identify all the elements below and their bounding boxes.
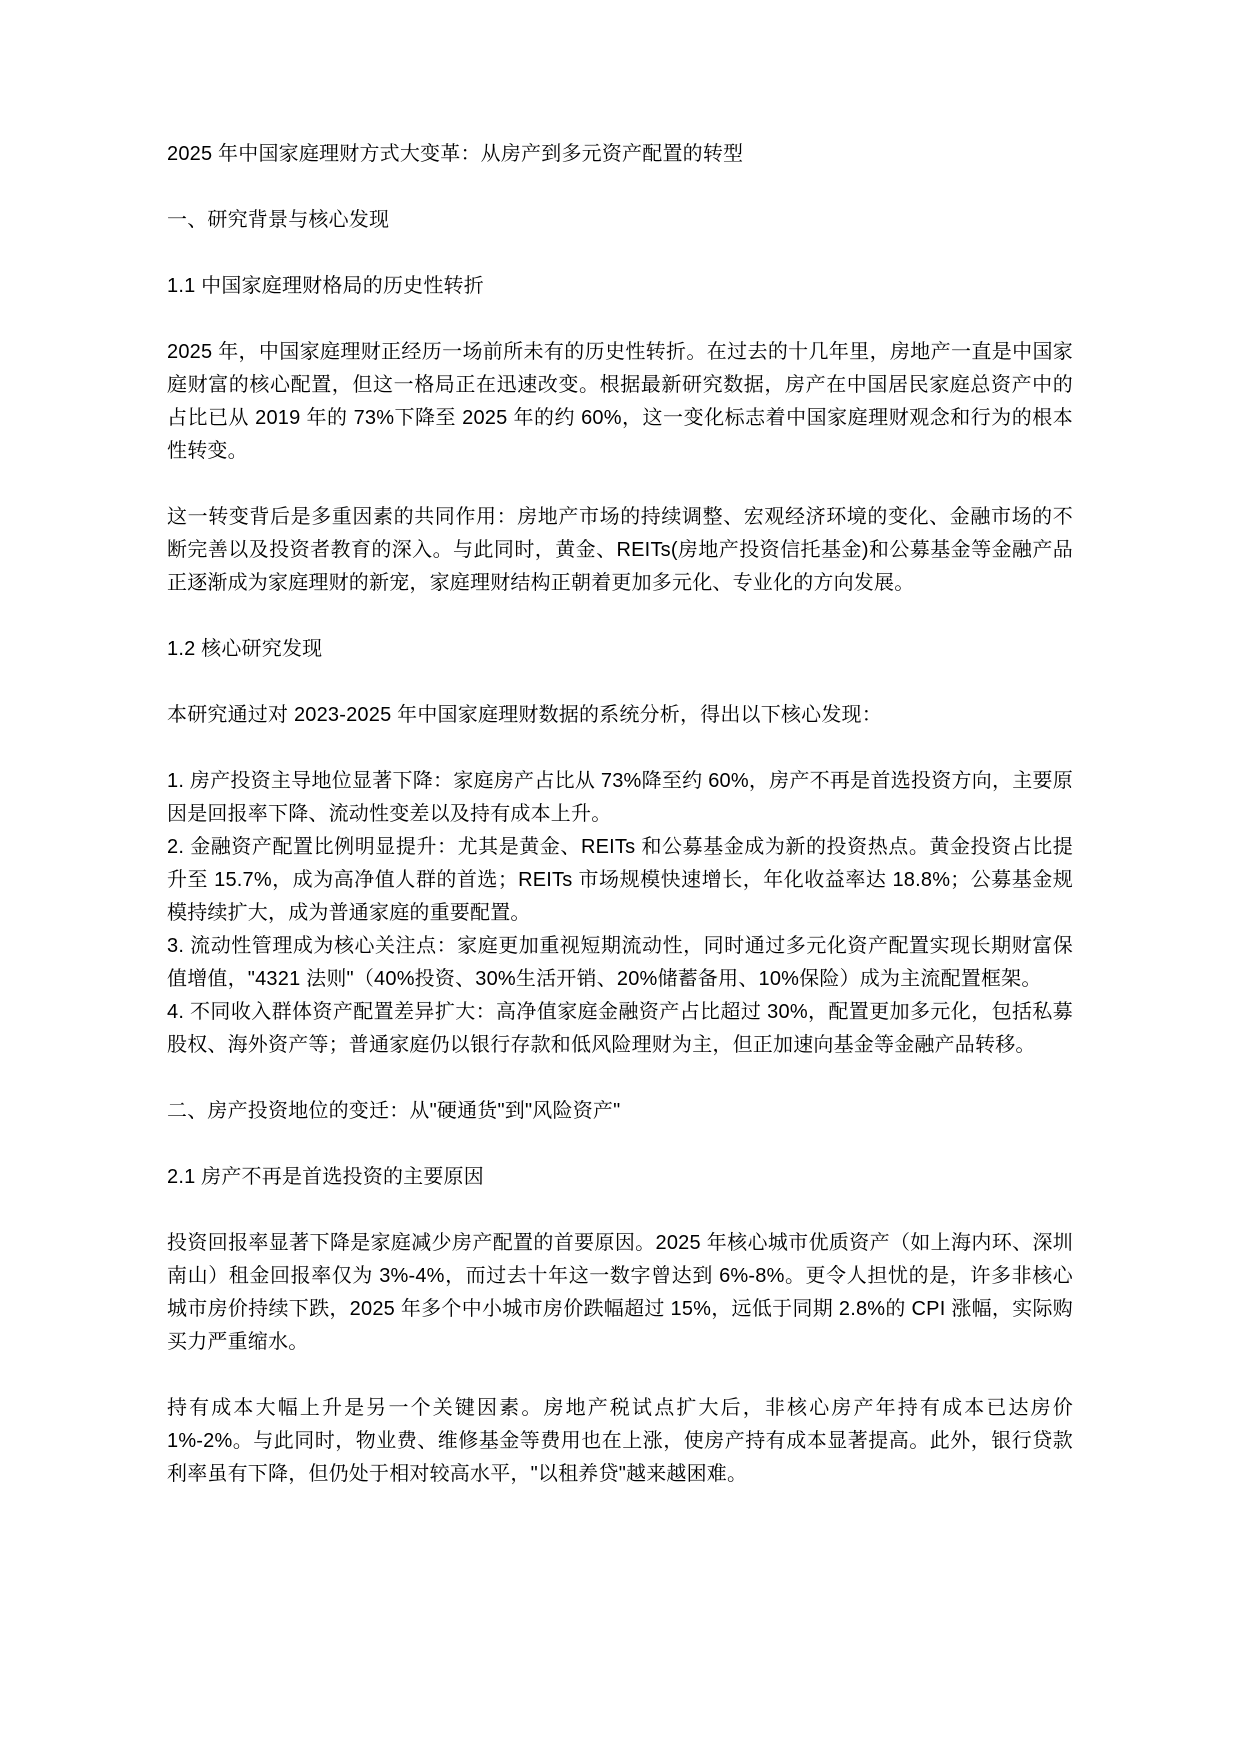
heading-subsection-2-1: 2.1 房产不再是首选投资的主要原因 — [167, 1161, 1073, 1194]
document-page: 2025 年中国家庭理财方式大变革：从房产到多元资产配置的转型 一、研究背景与核… — [0, 0, 1240, 1752]
heading-subsection-1-1: 1.1 中国家庭理财格局的历史性转折 — [167, 270, 1073, 303]
findings-list: 1. 房产投资主导地位显著下降：家庭房产占比从 73%降至约 60%，房产不再是… — [167, 765, 1073, 1062]
paragraph-holding-costs: 持有成本大幅上升是另一个关键因素。房地产税试点扩大后，非核心房产年持有成本已达房… — [167, 1392, 1073, 1491]
heading-subsection-1-2: 1.2 核心研究发现 — [167, 633, 1073, 666]
heading-section-1: 一、研究背景与核心发现 — [167, 204, 1073, 237]
finding-item-1: 1. 房产投资主导地位显著下降：家庭房产占比从 73%降至约 60%，房产不再是… — [167, 765, 1073, 831]
paragraph-historic-shift: 2025 年，中国家庭理财正经历一场前所未有的历史性转折。在过去的十几年里，房地… — [167, 336, 1073, 468]
paragraph-findings-intro: 本研究通过对 2023-2025 年中国家庭理财数据的系统分析，得出以下核心发现… — [167, 699, 1073, 732]
finding-item-4: 4. 不同收入群体资产配置差异扩大：高净值家庭金融资产占比超过 30%，配置更加… — [167, 996, 1073, 1062]
paragraph-return-decline: 投资回报率显著下降是家庭减少房产配置的首要原因。2025 年核心城市优质资产（如… — [167, 1227, 1073, 1359]
document-title: 2025 年中国家庭理财方式大变革：从房产到多元资产配置的转型 — [167, 138, 1073, 171]
finding-item-3: 3. 流动性管理成为核心关注点：家庭更加重视短期流动性，同时通过多元化资产配置实… — [167, 930, 1073, 996]
finding-item-2: 2. 金融资产配置比例明显提升：尤其是黄金、REITs 和公募基金成为新的投资热… — [167, 831, 1073, 930]
heading-section-2: 二、房产投资地位的变迁：从"硬通货"到"风险资产" — [167, 1095, 1073, 1128]
paragraph-driving-factors: 这一转变背后是多重因素的共同作用：房地产市场的持续调整、宏观经济环境的变化、金融… — [167, 501, 1073, 600]
